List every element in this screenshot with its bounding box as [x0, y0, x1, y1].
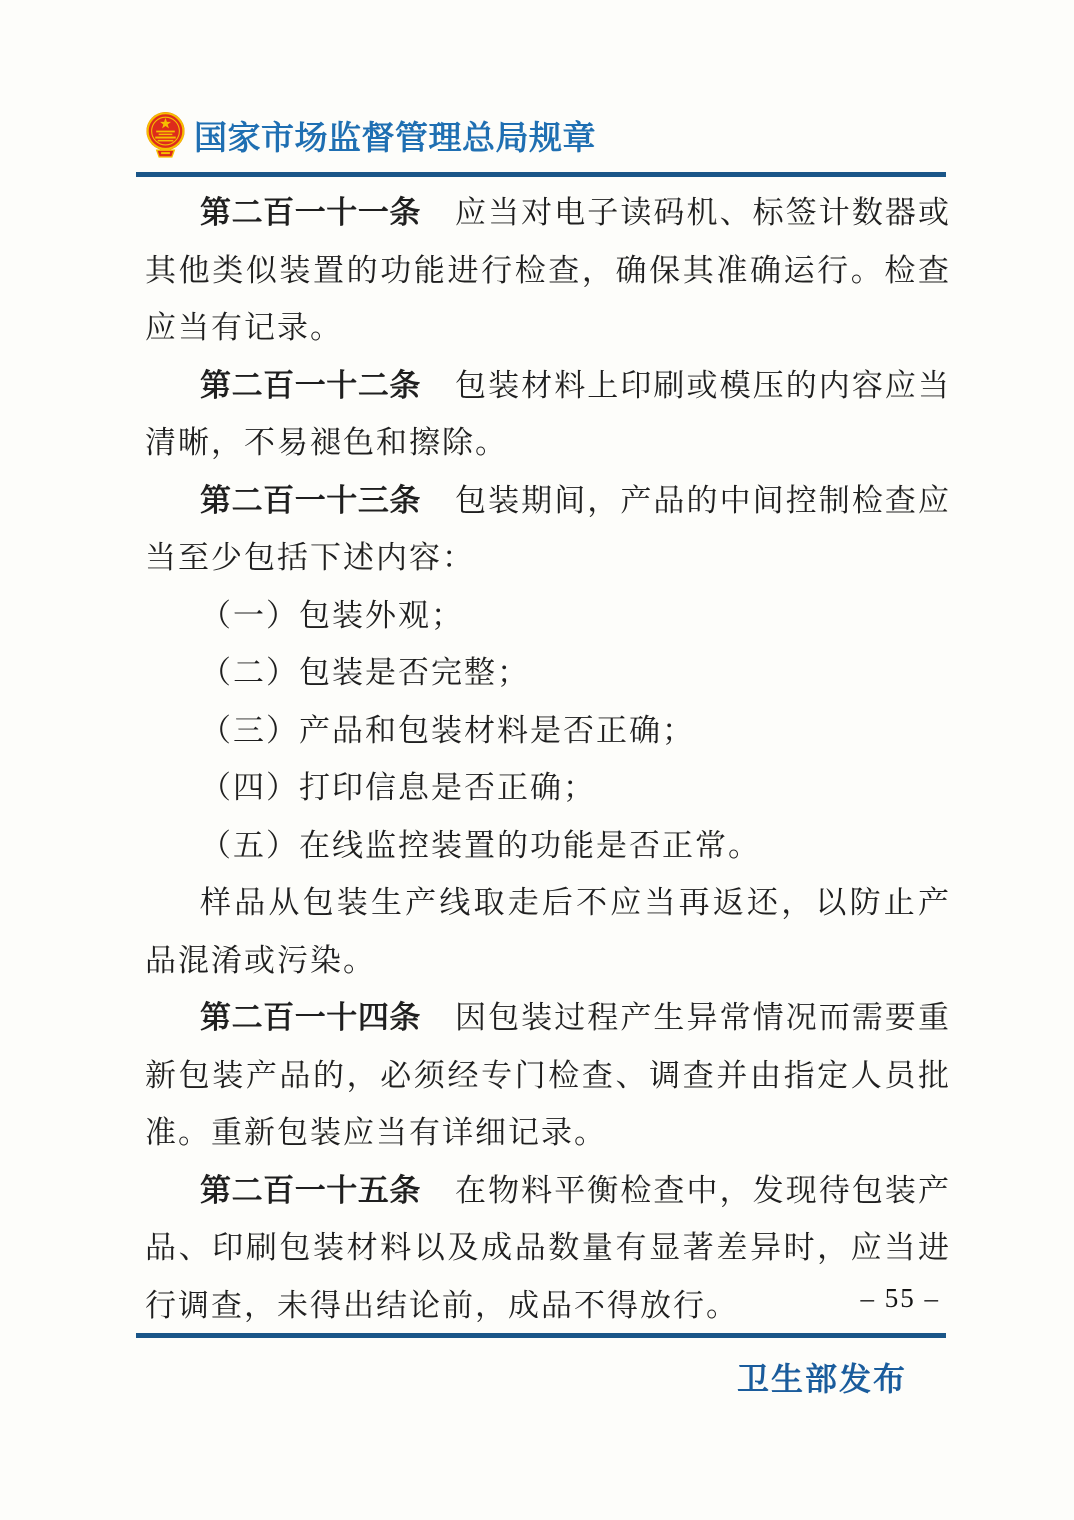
- article-number: 第二百一十四条: [200, 1000, 421, 1035]
- article-paragraph: 第二百一十二条包装材料上印刷或模压的内容应当清晰，不易褪色和擦除。: [145, 357, 951, 472]
- article-paragraph: 第二百一十四条因包装过程产生异常情况而需要重新包装产品的，必须经专门检查、调查并…: [145, 989, 951, 1162]
- article-number: 第二百一十二条: [200, 368, 421, 403]
- footer-rule: [136, 1333, 946, 1338]
- article-paragraph: 第二百一十三条包装期间，产品的中间控制检查应当至少包括下述内容：: [145, 472, 951, 587]
- article-paragraph: 第二百一十一条应当对电子读码机、标签计数器或其他类似装置的功能进行检查，确保其准…: [145, 184, 951, 357]
- publisher-label: 卫生部发布: [737, 1354, 907, 1400]
- list-item: （四）打印信息是否正确；: [145, 759, 951, 817]
- list-item: （二）包装是否完整；: [145, 644, 951, 702]
- page-header: 国家市场监督管理总局规章: [144, 110, 596, 160]
- document-body: 第二百一十一条应当对电子读码机、标签计数器或其他类似装置的功能进行检查，确保其准…: [145, 184, 951, 1334]
- article-number: 第二百一十五条: [200, 1173, 421, 1208]
- article-number: 第二百一十一条: [200, 195, 421, 230]
- page-number: – 55 –: [861, 1283, 941, 1314]
- header-rule: [136, 172, 946, 177]
- list-item: （五）在线监控装置的功能是否正常。: [145, 817, 951, 875]
- body-paragraph: 样品从包装生产线取走后不应当再返还，以防止产品混淆或污染。: [145, 874, 951, 989]
- national-emblem-icon: [144, 110, 187, 160]
- document-page: 国家市场监督管理总局规章 第二百一十一条应当对电子读码机、标签计数器或其他类似装…: [0, 0, 1074, 1520]
- list-item: （三）产品和包装材料是否正确；: [145, 702, 951, 760]
- list-item: （一）包装外观；: [145, 587, 951, 645]
- article-paragraph: 第二百一十五条在物料平衡检查中，发现待包装产品、印刷包装材料以及成品数量有显著差…: [145, 1162, 951, 1335]
- header-title: 国家市场监督管理总局规章: [194, 112, 596, 159]
- article-number: 第二百一十三条: [200, 483, 421, 518]
